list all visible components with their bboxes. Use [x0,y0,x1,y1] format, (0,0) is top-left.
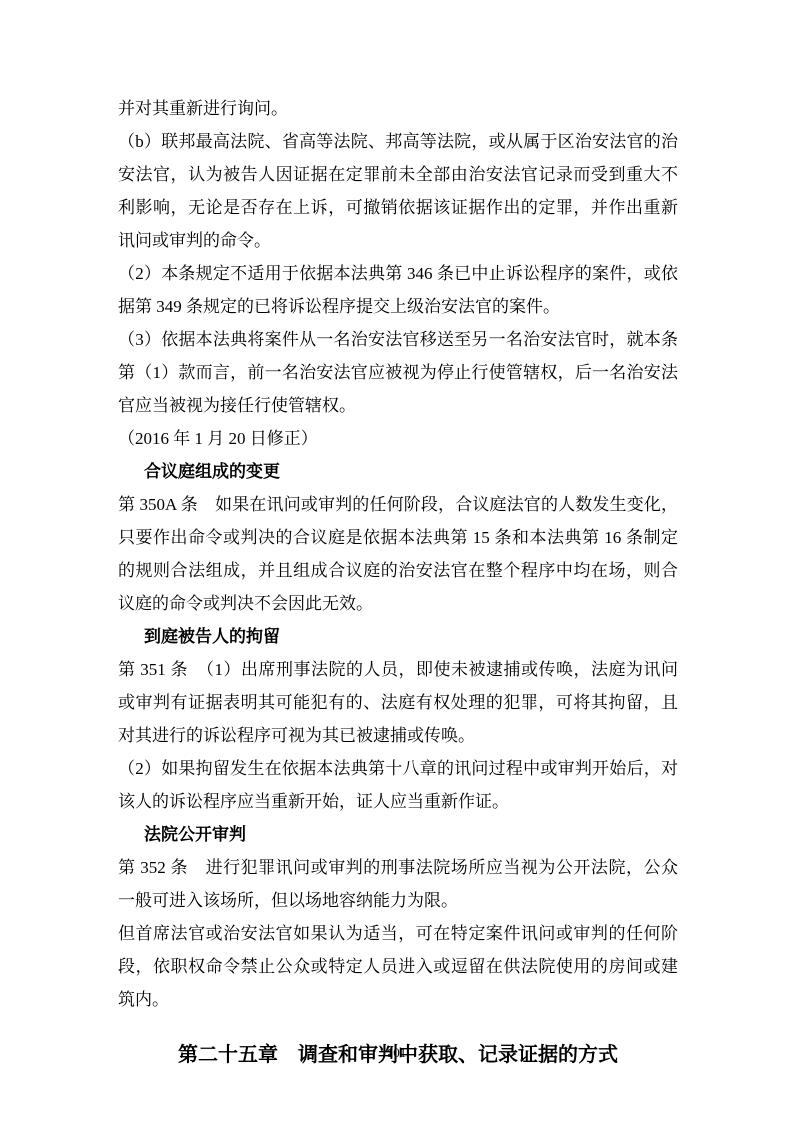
body-paragraph: （2）如果拘留发生在依据本法典第十八章的讯问过程中或审判开始后，对该人的诉讼程序… [118,752,678,818]
body-paragraph: （2）本条规定不适用于依据本法典第 346 条已中止诉讼程序的案件，或依据第 3… [118,257,678,323]
section-heading: 法院公开审判 [118,818,678,851]
page-footer: 101 [0,1044,793,1062]
body-paragraph: 第 351 条 （1）出席刑事法院的人员，即使未被逮捕或传唤，法庭为讯问或审判有… [118,653,678,752]
body-paragraph: 第 352 条 进行犯罪讯问或审判的刑事法院场所应当视为公开法院，公众一般可进入… [118,851,678,917]
body-paragraph: 但首席法官或治安法官如果认为适当，可在特定案件讯问或审判的任何阶段，依职权命令禁… [118,917,678,1016]
body-paragraph: （b）联邦最高法院、省高等法院、邦高等法院，或从属于区治安法官的治安法官，认为被… [118,125,678,257]
body-paragraph: （2016 年 1 月 20 日修正） [118,422,678,455]
document-body: 并对其重新进行询问。（b）联邦最高法院、省高等法院、邦高等法院，或从属于区治安法… [118,92,678,1072]
page-number: 101 [387,1045,407,1060]
section-heading: 合议庭组成的变更 [118,455,678,488]
body-paragraph: 并对其重新进行询问。 [118,92,678,125]
body-paragraph: 第 350A 条 如果在讯问或审判的任何阶段，合议庭法官的人数发生变化，只要作出… [118,488,678,620]
body-paragraph: （3）依据本法典将案件从一名治安法官移送至另一名治安法官时，就本条第（1）款而言… [118,323,678,422]
section-heading: 到庭被告人的拘留 [118,620,678,653]
document-page: 并对其重新进行询问。（b）联邦最高法院、省高等法院、邦高等法院，或从属于区治安法… [0,0,793,1122]
